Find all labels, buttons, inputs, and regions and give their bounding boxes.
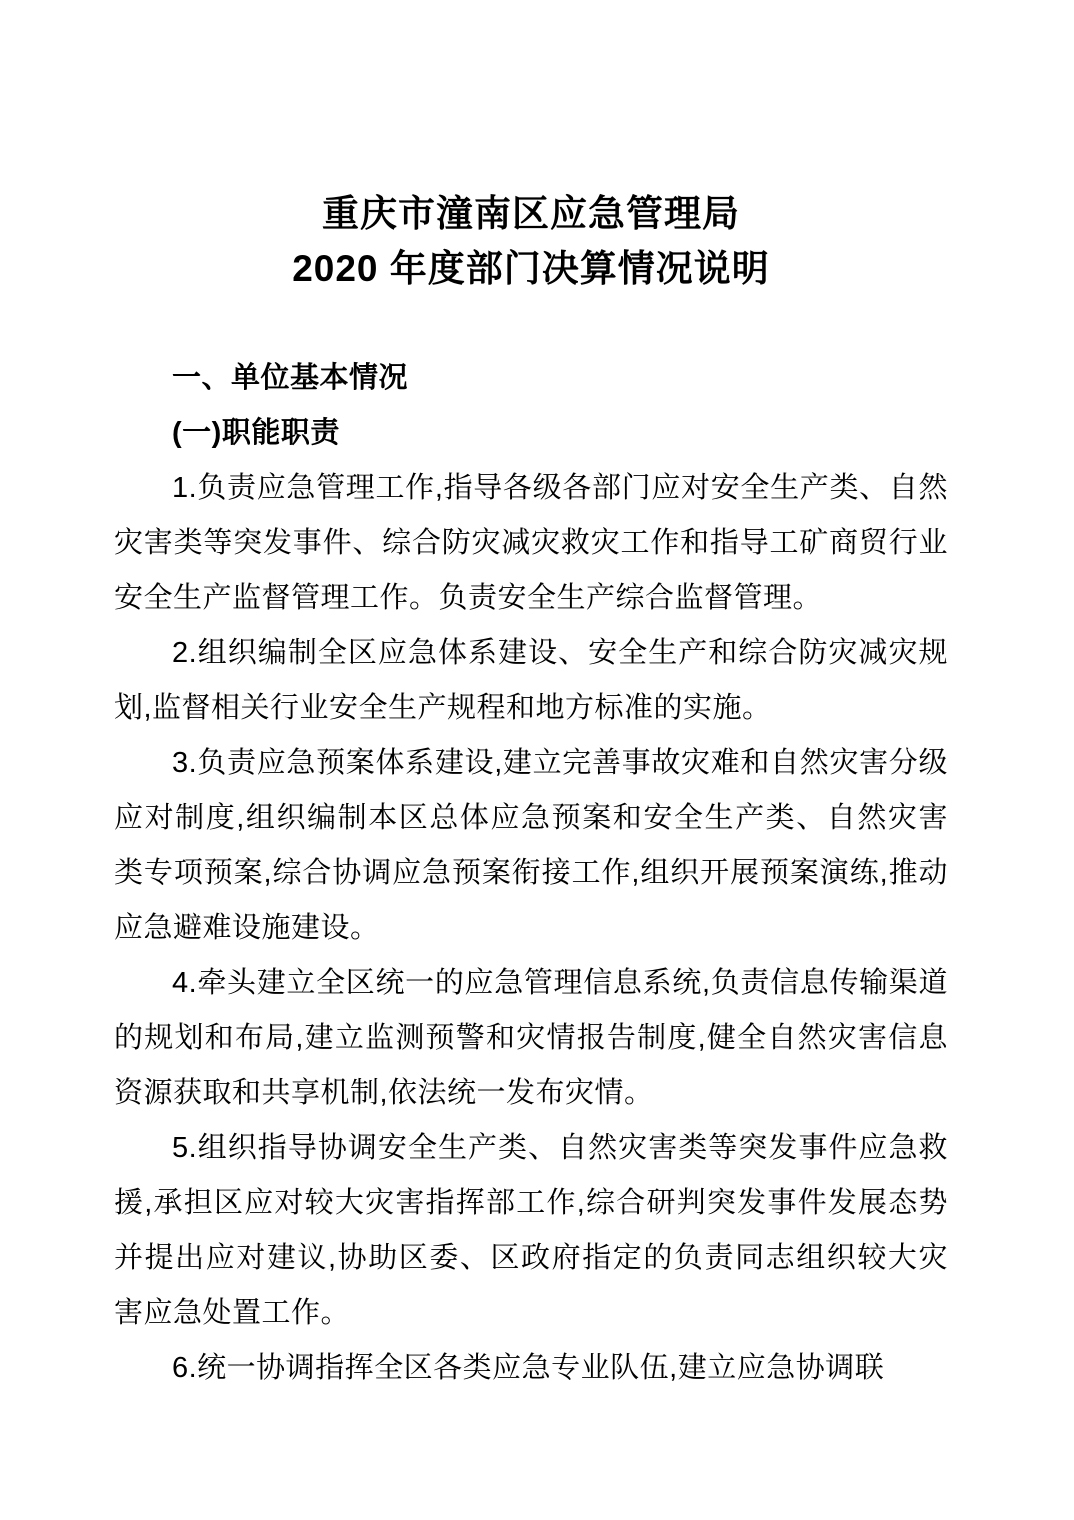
duty-paragraph-6-truncated: 6.统一协调指挥全区各类应急专业队伍,建立应急协调联 [114,1341,948,1396]
duty-paragraph-4: 4.牵头建立全区统一的应急管理信息系统,负责信息传输渠道的规划和布局,建立监测预… [114,956,948,1121]
document-title-line-1: 重庆市潼南区应急管理局 [114,186,948,241]
section-heading-unit-basic-info: 一、单位基本情况 [114,351,948,406]
duty-paragraph-2: 2.组织编制全区应急体系建设、安全生产和综合防灾减灾规划,监督相关行业安全生产规… [114,626,948,736]
duty-paragraph-5: 5.组织指导协调安全生产类、自然灾害类等突发事件应急救援,承担区应对较大灾害指挥… [114,1121,948,1341]
duty-paragraph-1: 1.负责应急管理工作,指导各级各部门应对安全生产类、自然灾害类等突发事件、综合防… [114,461,948,626]
document-title-line-2: 2020 年度部门决算情况说明 [114,241,948,296]
title-body-spacer [114,296,948,351]
subsection-heading-duties: (一)职能职责 [114,406,948,461]
document-title: 重庆市潼南区应急管理局 2020 年度部门决算情况说明 [114,186,948,296]
document-page: 重庆市潼南区应急管理局 2020 年度部门决算情况说明 一、单位基本情况 (一)… [0,0,1074,1520]
duty-paragraph-3: 3.负责应急预案体系建设,建立完善事故灾难和自然灾害分级应对制度,组织编制本区总… [114,736,948,956]
